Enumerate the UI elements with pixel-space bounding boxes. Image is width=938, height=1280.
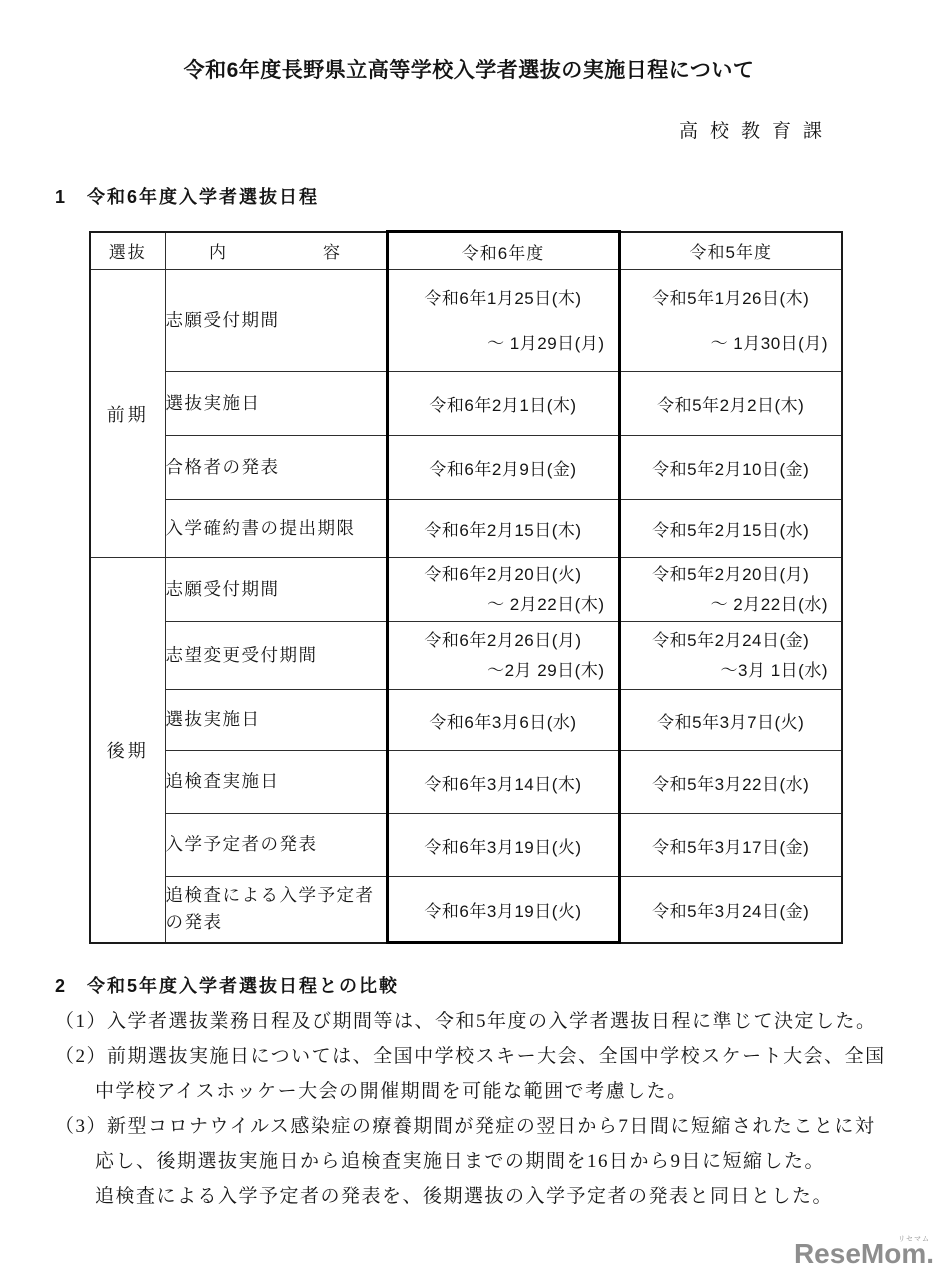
document-page: 令和6年度長野県立高等学校入学者選抜の実施日程について 高校教育課 1 令和6年… [0, 0, 938, 1280]
row-content: 選抜実施日 [165, 372, 387, 436]
header-selection: 選抜 [90, 232, 165, 270]
row-content: 志望変更受付期間 [165, 622, 387, 690]
date-reiwa5: 令和5年3月22日(水) [619, 751, 842, 814]
note-1-line-1: （1）入学者選抜業務日程及び期間等は、令和5年度の入学者選抜日程に準じて決定した… [55, 1004, 915, 1039]
resemom-watermark: リセマム ReseMom. [794, 1238, 934, 1270]
note-2-line-1: （2）前期選抜実施日については、全国中学校スキー大会、全国中学校スケート大会、全… [55, 1039, 915, 1074]
table-row: 選抜実施日 令和6年2月1日(木) 令和5年2月2日(木) [90, 372, 842, 436]
table-row: 選抜実施日 令和6年3月6日(水) 令和5年3月7日(火) [90, 690, 842, 751]
resemom-ruby-text: リセマム [898, 1234, 930, 1244]
date-reiwa5: 令和5年2月2日(木) [619, 372, 842, 436]
table-row: 志望変更受付期間 令和6年2月26日(月) ～2月 29日(木) 令和5年2月2… [90, 622, 842, 690]
group-zenki: 前期 [90, 270, 165, 558]
date-reiwa5: 令和5年3月7日(火) [619, 690, 842, 751]
date-reiwa5: 令和5年2月20日(月) ～ 2月22日(水) [619, 558, 842, 622]
date-reiwa5: 令和5年3月24日(金) [619, 877, 842, 943]
table-row: 合格者の発表 令和6年2月9日(金) 令和5年2月10日(金) [90, 436, 842, 500]
row-content: 入学確約書の提出期限 [165, 500, 387, 558]
table-row: 追検査による入学予定者の発表 令和6年3月19日(火) 令和5年3月24日(金) [90, 877, 842, 943]
date-reiwa5: 令和5年2月10日(金) [619, 436, 842, 500]
date-reiwa6: 令和6年3月6日(水) [387, 690, 619, 751]
table-header-row: 選抜 内 容 令和6年度 令和5年度 [90, 232, 842, 270]
table-row: 後期 志願受付期間 令和6年2月20日(火) ～ 2月22日(木) 令和5年2月… [90, 558, 842, 622]
date-reiwa6: 令和6年3月19日(火) [387, 814, 619, 877]
document-title: 令和6年度長野県立高等学校入学者選抜の実施日程について [0, 54, 938, 84]
date-reiwa6: 令和6年2月20日(火) ～ 2月22日(木) [387, 558, 619, 622]
row-content: 志願受付期間 [165, 558, 387, 622]
date-reiwa6: 令和6年2月1日(木) [387, 372, 619, 436]
date-reiwa6: 令和6年2月15日(木) [387, 500, 619, 558]
table-row: 追検査実施日 令和6年3月14日(木) 令和5年3月22日(水) [90, 751, 842, 814]
section2-notes: （1）入学者選抜業務日程及び期間等は、令和5年度の入学者選抜日程に準じて決定した… [55, 1004, 915, 1214]
date-reiwa5: 令和5年2月15日(水) [619, 500, 842, 558]
date-reiwa5: 令和5年2月24日(金) ～3月 1日(水) [619, 622, 842, 690]
group-kouki: 後期 [90, 558, 165, 943]
row-content: 選抜実施日 [165, 690, 387, 751]
department-name: 高校教育課 [679, 116, 834, 143]
header-content: 内 容 [165, 232, 387, 270]
section2-heading: 2 令和5年度入学者選抜日程との比較 [55, 972, 399, 998]
note-3-line-3: 追検査による入学予定者の発表を、後期選抜の入学予定者の発表と同日とした。 [55, 1179, 915, 1214]
header-reiwa5: 令和5年度 [619, 232, 842, 270]
section1-heading: 1 令和6年度入学者選抜日程 [55, 183, 319, 209]
row-content: 追検査による入学予定者の発表 [165, 877, 387, 943]
row-content: 入学予定者の発表 [165, 814, 387, 877]
date-reiwa6: 令和6年2月26日(月) ～2月 29日(木) [387, 622, 619, 690]
table-row: 入学確約書の提出期限 令和6年2月15日(木) 令和5年2月15日(水) [90, 500, 842, 558]
date-reiwa6: 令和6年1月25日(木) ～ 1月29日(月) [387, 270, 619, 372]
date-reiwa6: 令和6年3月14日(木) [387, 751, 619, 814]
date-reiwa6: 令和6年2月9日(金) [387, 436, 619, 500]
note-2-line-2: 中学校アイスホッケー大会の開催期間を可能な範囲で考慮した。 [55, 1074, 915, 1109]
date-reiwa5: 令和5年3月17日(金) [619, 814, 842, 877]
row-content: 志願受付期間 [165, 270, 387, 372]
note-3-line-2: 応し、後期選抜実施日から追検査実施日までの期間を16日から9日に短縮した。 [55, 1144, 915, 1179]
date-reiwa5: 令和5年1月26日(木) ～ 1月30日(月) [619, 270, 842, 372]
row-content: 合格者の発表 [165, 436, 387, 500]
note-3-line-1: （3）新型コロナウイルス感染症の療養期間が発症の翌日から7日間に短縮されたことに… [55, 1109, 915, 1144]
table-row: 入学予定者の発表 令和6年3月19日(火) 令和5年3月17日(金) [90, 814, 842, 877]
schedule-table: 選抜 内 容 令和6年度 令和5年度 前期 志願受付期間 令和6年1月25日(木… [89, 230, 843, 944]
table-row: 前期 志願受付期間 令和6年1月25日(木) ～ 1月29日(月) 令和5年1月… [90, 270, 842, 372]
date-reiwa6: 令和6年3月19日(火) [387, 877, 619, 943]
row-content: 追検査実施日 [165, 751, 387, 814]
header-reiwa6: 令和6年度 [387, 232, 619, 270]
